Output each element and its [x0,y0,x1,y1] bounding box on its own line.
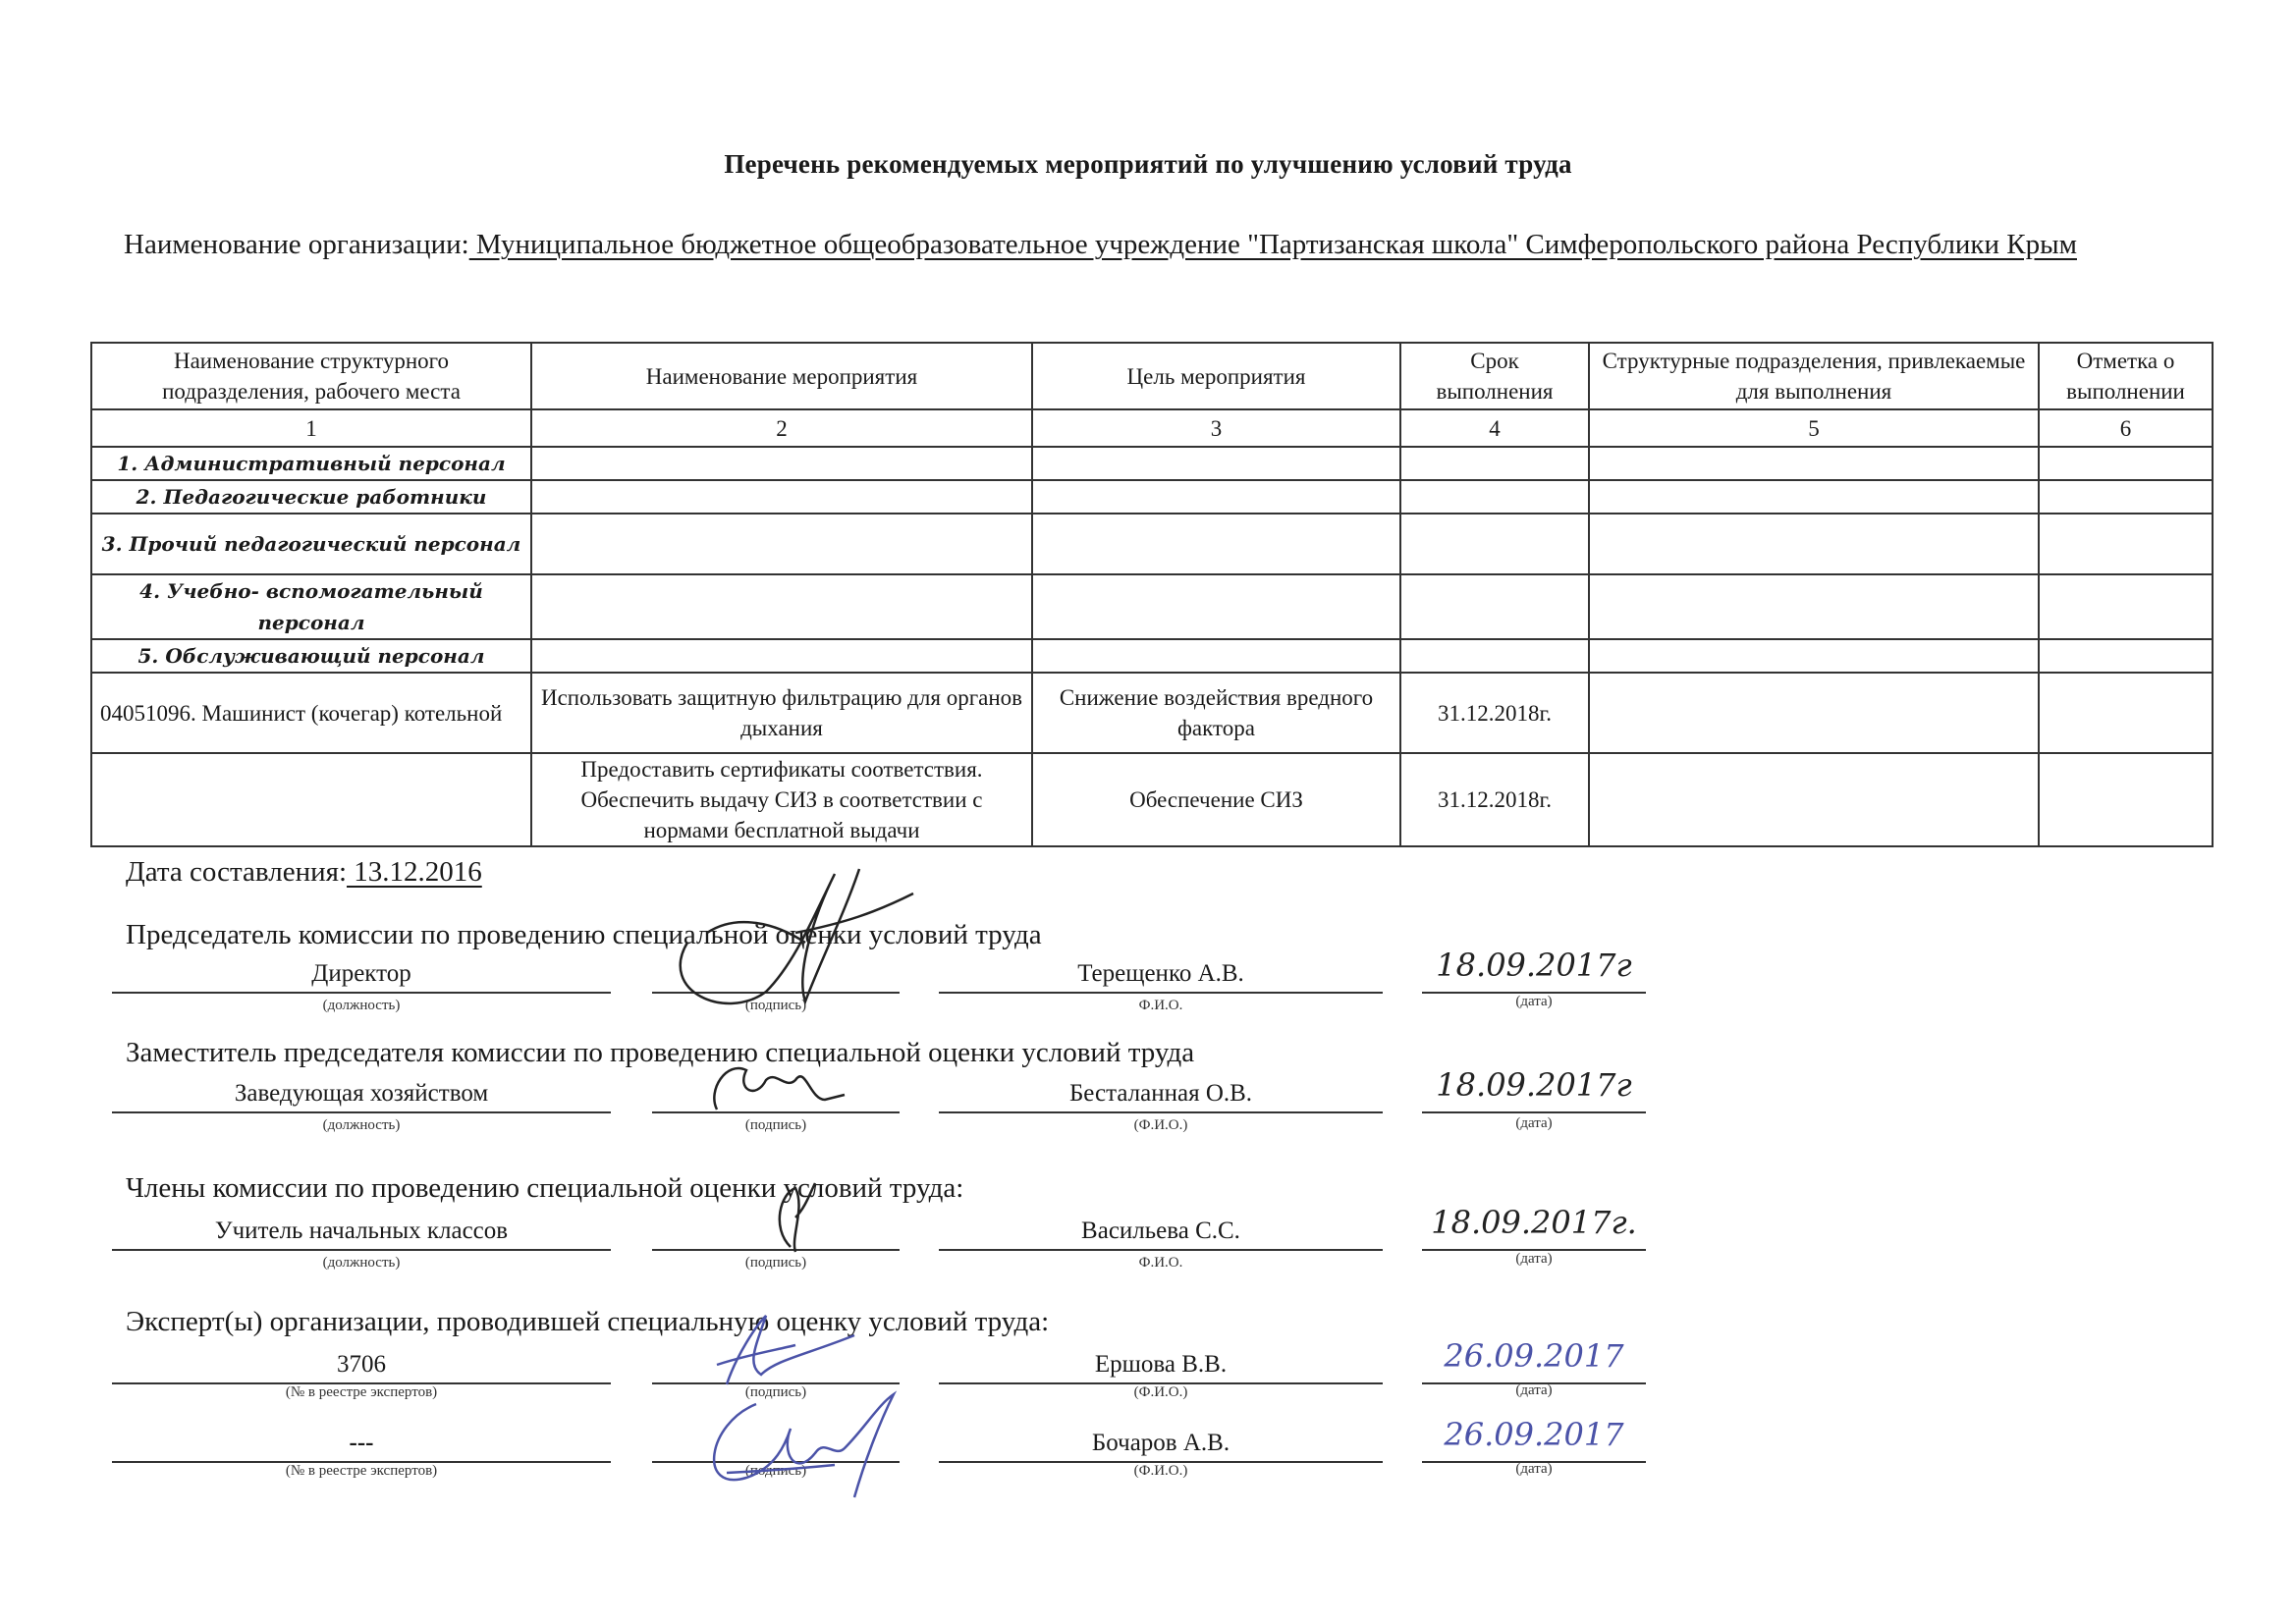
member-name: Васильева С.С. [939,1218,1383,1251]
name-caption: Ф.И.О. [939,998,1383,1014]
header-mark: Отметка о выполнении [2039,343,2213,409]
signature-caption: (подпись) [652,998,900,1014]
member-position: Учитель начальных классов [112,1218,611,1251]
header-departments: Структурные подразделения, привлекаемые … [1589,343,2039,409]
deputy-signature-field [652,1080,900,1113]
organization-label: Наименование организации: [124,229,469,260]
group-row: 2. Педагогические работники [91,480,2213,514]
date-caption: (дата) [1422,1382,1646,1399]
chair-signature-field [652,960,900,994]
deputy-position: Заведующая хозяйством [112,1080,611,1113]
group-label: 5. Обслуживающий персонал [91,639,531,673]
cell-goal: Обеспечение СИЗ [1032,753,1400,846]
compiled-date: 13.12.2016 [347,856,482,888]
group-label: 1. Административный персонал [91,447,531,480]
signature-caption: (подпись) [652,1117,900,1134]
expert-registry-no: --- [112,1430,611,1463]
cell-departments [1589,753,2039,846]
position-caption: (должность) [112,1255,611,1272]
cell-deadline: 31.12.2018г. [1400,753,1589,846]
table-row: 04051096. Машинист (кочегар) котельной И… [91,673,2213,753]
group-label: 2. Педагогические работники [91,480,531,514]
name-caption: (Ф.И.О.) [939,1384,1383,1401]
signature-caption: (подпись) [652,1463,900,1480]
header-goal: Цель мероприятия [1032,343,1400,409]
cell-workplace [91,753,531,846]
cell-mark [2039,673,2213,753]
signature-caption: (подпись) [652,1255,900,1272]
registry-caption: (№ в реестре экспертов) [112,1463,611,1480]
chair-position: Директор [112,960,611,994]
expert-date: 26.09.2017 [1422,1337,1646,1384]
compiled-date-line: Дата составления: 13.12.2016 [126,856,482,889]
column-number-row: 1 2 3 4 5 6 [91,409,2213,447]
members-heading: Члены комиссии по проведению специальной… [126,1172,963,1205]
column-number: 5 [1589,409,2039,447]
measures-table: Наименование структурного подразделения,… [90,342,2214,847]
cell-goal: Снижение воздействия вредного фактора [1032,673,1400,753]
chair-name: Терещенко А.В. [939,960,1383,994]
date-caption: (дата) [1422,1115,1646,1132]
expert-name: Ершова В.В. [939,1351,1383,1384]
cell-mark [2039,753,2213,846]
expert-signature-field [652,1351,900,1384]
deputy-date: 18.09.2017г [1422,1066,1646,1113]
column-number: 1 [91,409,531,447]
column-number: 3 [1032,409,1400,447]
group-label: 3. Прочий педагогический персонал [91,514,531,574]
deputy-heading: Заместитель председателя комиссии по про… [126,1037,1194,1069]
column-number: 2 [531,409,1032,447]
position-caption: (должность) [112,1117,611,1134]
deputy-name: Бесталанная О.В. [939,1080,1383,1113]
table-header-row: Наименование структурного подразделения,… [91,343,2213,409]
signature-caption: (подпись) [652,1384,900,1401]
header-workplace: Наименование структурного подразделения,… [91,343,531,409]
chair-date: 18.09.2017г [1422,947,1646,994]
group-row: 4. Учебно- вспомогательный персонал [91,574,2213,639]
date-caption: (дата) [1422,1251,1646,1268]
organization-line: Наименование организации: Муниципальное … [124,224,2137,265]
cell-measure: Использовать защитную фильтрацию для орг… [531,673,1032,753]
expert-signature-field [652,1430,900,1463]
member-signature-field [652,1218,900,1251]
cell-deadline: 31.12.2018г. [1400,673,1589,753]
member-date: 18.09.2017г. [1422,1204,1646,1251]
expert-date: 26.09.2017 [1422,1416,1646,1463]
expert-name: Бочаров А.В. [939,1430,1383,1463]
name-caption: (Ф.И.О.) [939,1117,1383,1134]
cell-departments [1589,673,2039,753]
experts-heading: Эксперт(ы) организации, проводившей спец… [126,1306,1049,1338]
column-number: 4 [1400,409,1589,447]
expert-registry-no: 3706 [112,1351,611,1384]
document-title: Перечень рекомендуемых мероприятий по ул… [0,149,2296,180]
group-row: 1. Административный персонал [91,447,2213,480]
group-row: 3. Прочий педагогический персонал [91,514,2213,574]
cell-workplace: 04051096. Машинист (кочегар) котельной [91,673,531,753]
registry-caption: (№ в реестре экспертов) [112,1384,611,1401]
group-row: 5. Обслуживающий персонал [91,639,2213,673]
table-row: Предоставить сертификаты соответствия. О… [91,753,2213,846]
date-caption: (дата) [1422,994,1646,1010]
position-caption: (должность) [112,998,611,1014]
cell-measure: Предоставить сертификаты соответствия. О… [531,753,1032,846]
chair-heading: Председатель комиссии по проведению спец… [126,919,1042,951]
compiled-label: Дата составления: [126,856,347,888]
name-caption: (Ф.И.О.) [939,1463,1383,1480]
organization-value: Муниципальное бюджетное общеобразователь… [469,229,2077,260]
header-measure: Наименование мероприятия [531,343,1032,409]
name-caption: Ф.И.О. [939,1255,1383,1272]
group-label: 4. Учебно- вспомогательный персонал [91,574,531,639]
date-caption: (дата) [1422,1461,1646,1478]
header-deadline: Срок выполнения [1400,343,1589,409]
column-number: 6 [2039,409,2213,447]
